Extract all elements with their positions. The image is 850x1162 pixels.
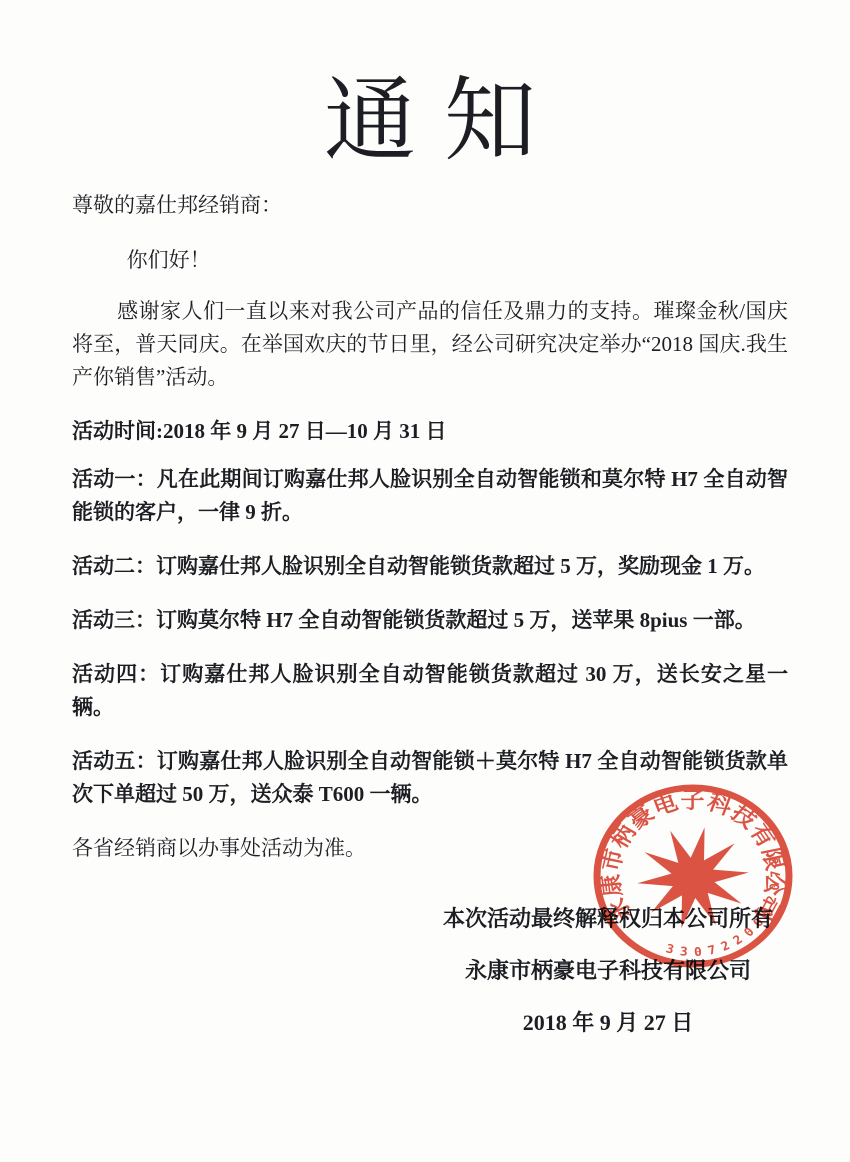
page-title: 通知 xyxy=(72,70,788,173)
intro-paragraph: 感谢家人们一直以来对我公司产品的信任及鼎力的支持。璀璨金秋/国庆将至，普天同庆。… xyxy=(72,295,788,394)
activity-item-2: 活动二：订购嘉仕邦人脸识别全自动智能锁货款超过 5 万，奖励现金 1 万。 xyxy=(72,550,788,583)
activity-item-3: 活动三：订购莫尔特 H7 全自动智能锁货款超过 5 万，送苹果 8pius 一部… xyxy=(72,604,788,637)
activities-list: 活动一：凡在此期间订购嘉仕邦人脸识别全自动智能锁和莫尔特 H7 全自动智能锁的客… xyxy=(72,463,788,811)
closing-block: 本次活动最终解释权归本公司所有 永康市柄豪电子科技有限公司 2018 年 9 月… xyxy=(408,893,808,1049)
closing-date: 2018 年 9 月 27 日 xyxy=(408,997,808,1049)
activity-item-5: 活动五：订购嘉仕邦人脸识别全自动智能锁＋莫尔特 H7 全自动智能锁货款单次下单超… xyxy=(72,745,788,811)
closing-company: 永康市柄豪电子科技有限公司 xyxy=(408,945,808,997)
closing-rights: 本次活动最终解释权归本公司所有 xyxy=(408,893,808,945)
note-line: 各省经销商以办事处活动为准。 xyxy=(72,832,788,865)
salutation: 尊敬的嘉仕邦经销商： xyxy=(72,189,788,222)
scanned-notice-document: 通知 尊敬的嘉仕邦经销商： 你们好！ 感谢家人们一直以来对我公司产品的信任及鼎力… xyxy=(0,0,850,1162)
greeting: 你们好！ xyxy=(72,244,788,277)
activity-item-4: 活动四：订购嘉仕邦人脸识别全自动智能锁货款超过 30 万，送长安之星一辆。 xyxy=(72,658,788,724)
activity-item-1: 活动一：凡在此期间订购嘉仕邦人脸识别全自动智能锁和莫尔特 H7 全自动智能锁的客… xyxy=(72,463,788,529)
event-time-line: 活动时间:2018 年 9 月 27 日—10 月 31 日 xyxy=(72,415,788,448)
